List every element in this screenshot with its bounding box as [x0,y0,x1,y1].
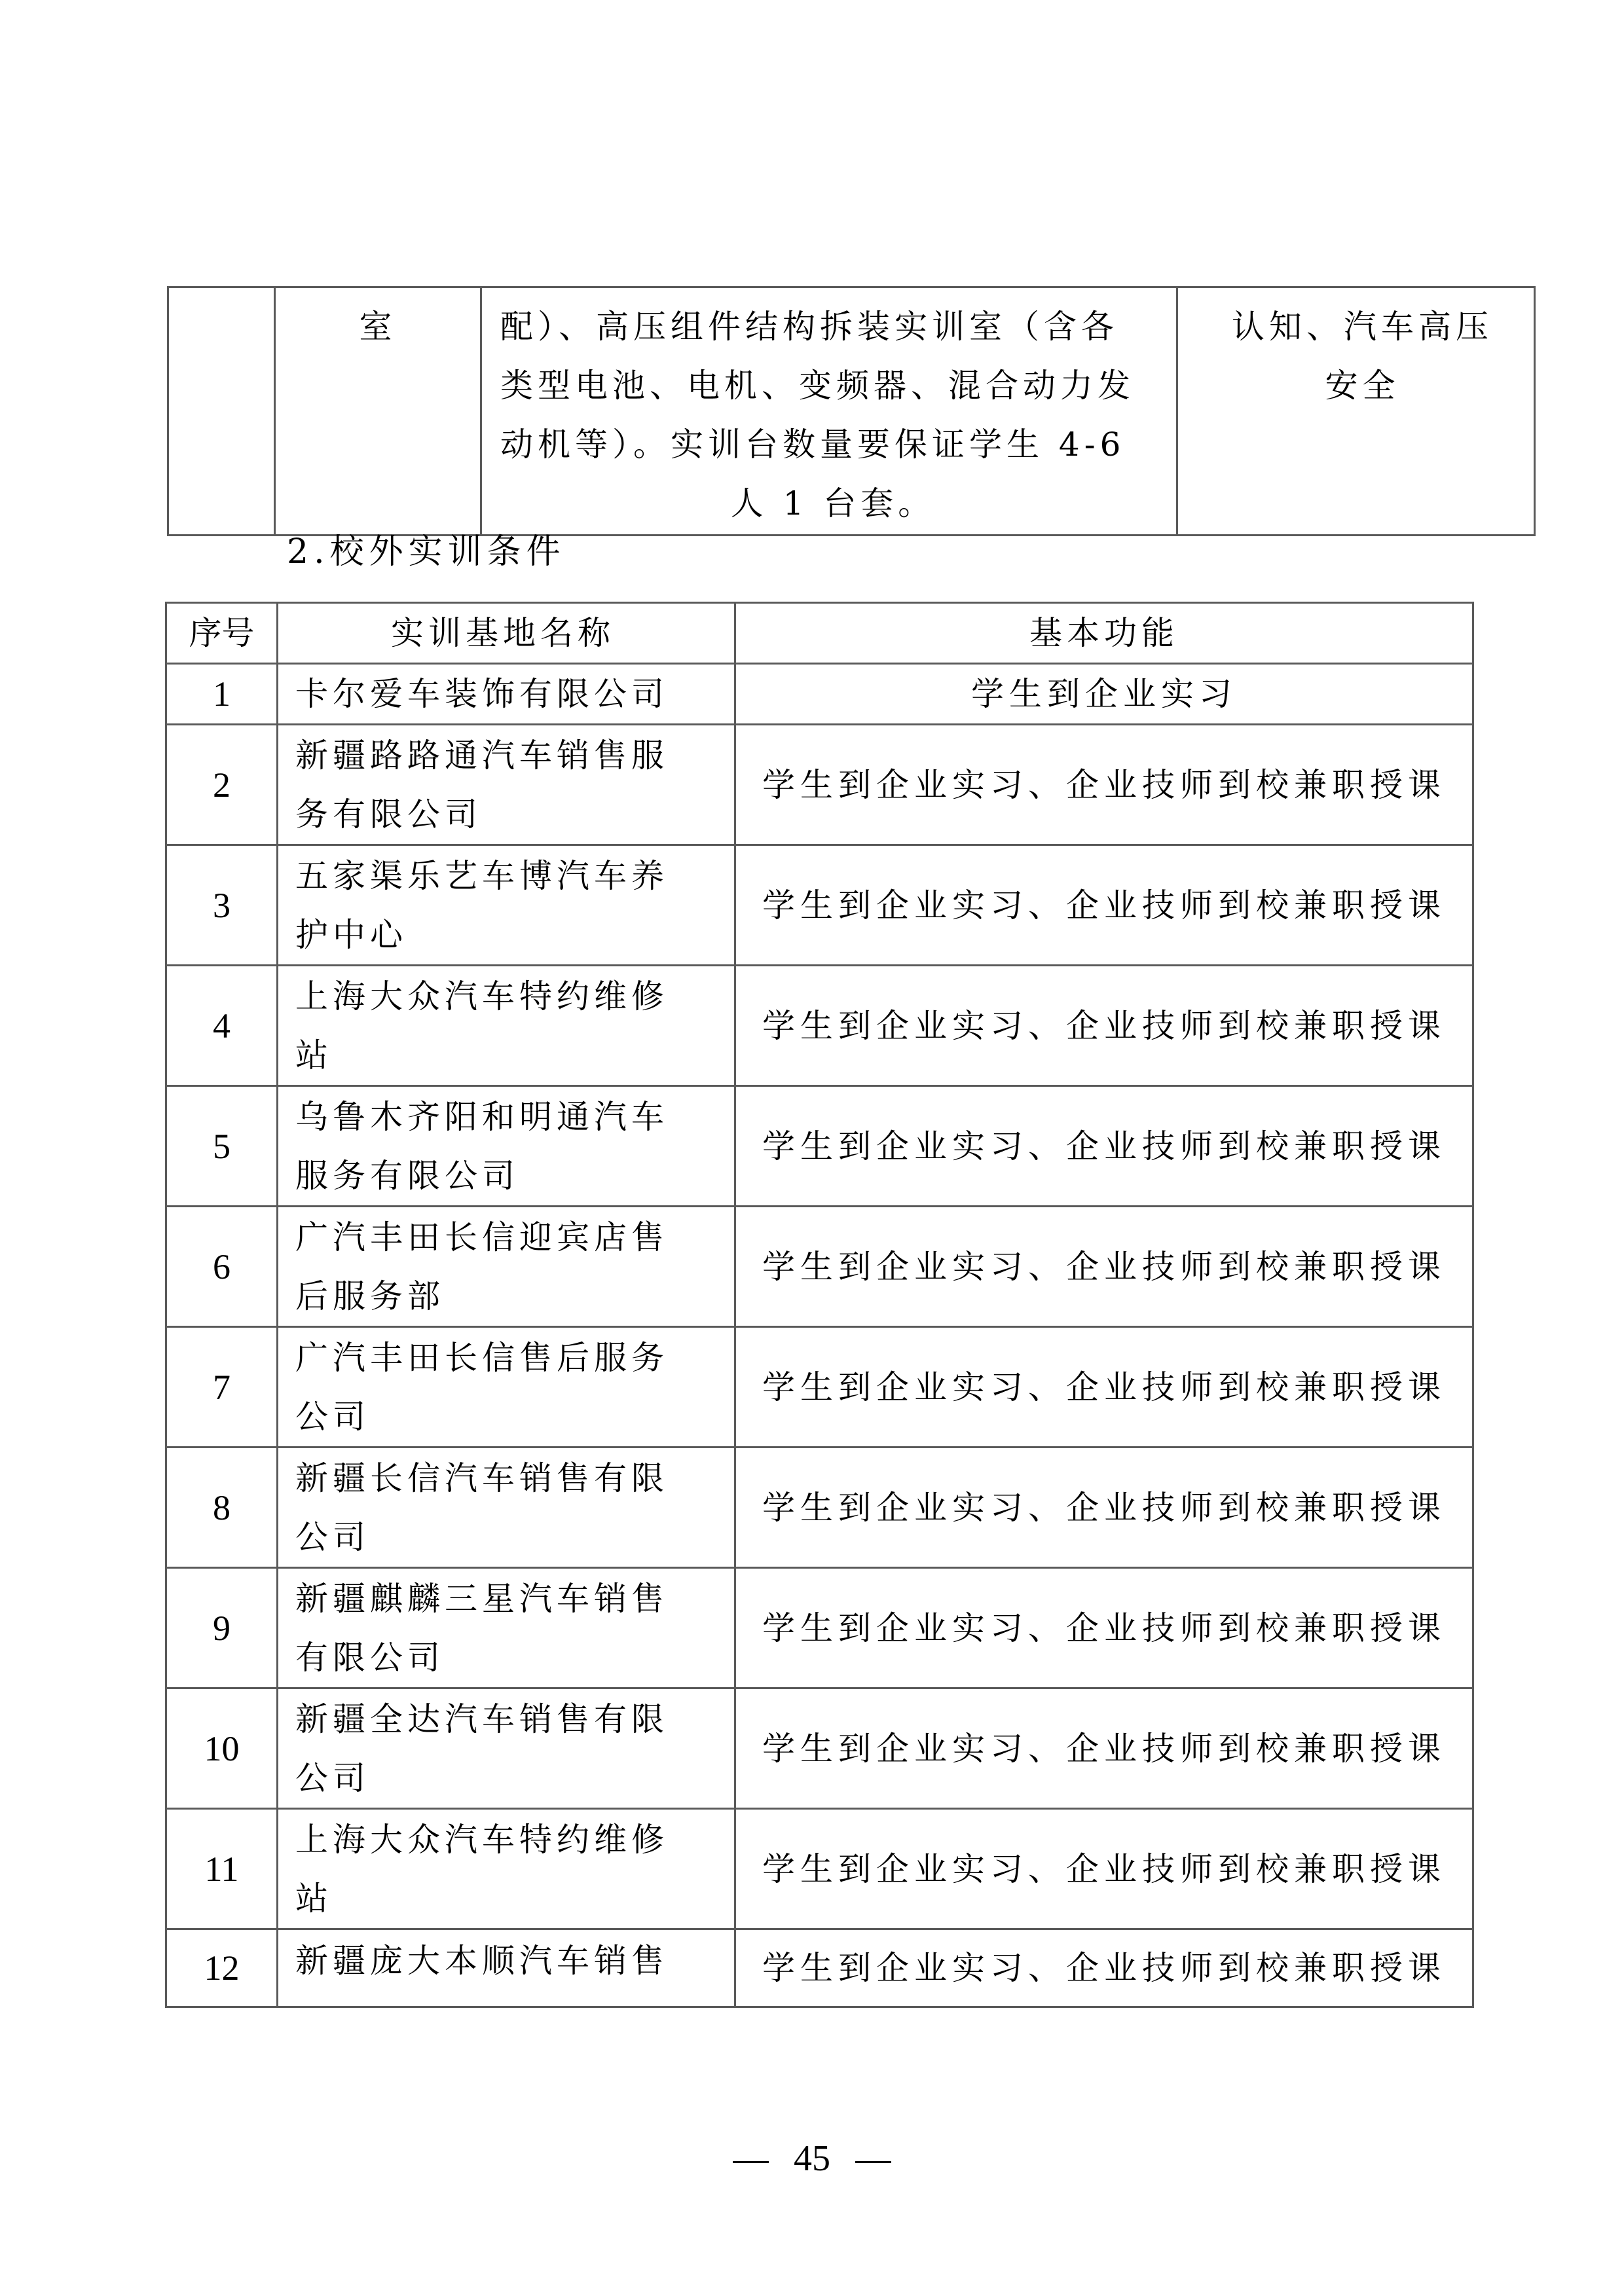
function-text: 学生到企业实习、企业技师到校兼职授课 [762,1007,1446,1045]
base-function: 学生到企业实习、企业技师到校兼职授课 [735,1809,1473,1929]
description-line: 动机等）。实训台数量要保证学生 4-6 [500,415,1166,474]
row-number: 9 [166,1568,278,1688]
base-name: 五家渠乐艺车博汽车养护中心 [278,845,735,966]
base-name-line: 站 [295,1026,728,1085]
base-name-line: 五家渠乐艺车博汽车养 [295,847,728,905]
row-number: 5 [166,1086,278,1207]
row-number: 8 [166,1448,278,1568]
function-text: 学生到企业实习、企业技师到校兼职授课 [762,1127,1446,1165]
function-text: 学生到企业实习、企业技师到校兼职授课 [762,1730,1446,1768]
table-row: 11 上海大众汽车特约维修站 学生到企业实习、企业技师到校兼职授课 [166,1809,1473,1929]
table-row: 9 新疆麒麟三星汽车销售有限公司 学生到企业实习、企业技师到校兼职授课 [166,1568,1473,1688]
base-name-line: 新疆麒麟三星汽车销售 [295,1569,728,1628]
base-name-line: 广汽丰田长信售后服务 [295,1328,728,1387]
base-name-line: 公司 [295,1508,728,1567]
base-name: 新疆全达汽车销售有限公司 [278,1688,735,1809]
row-number: 10 [166,1688,278,1809]
base-name: 新疆路路通汽车销售服务有限公司 [278,725,735,845]
base-function: 学生到企业实习、企业技师到校兼职授课 [735,1688,1473,1809]
table-row: 3 五家渠乐艺车博汽车养护中心 学生到企业实习、企业技师到校兼职授课 [166,845,1473,966]
base-name-line: 有限公司 [295,1628,728,1687]
table-row: 7 广汽丰田长信售后服务公司 学生到企业实习、企业技师到校兼职授课 [166,1327,1473,1448]
row-number: 1 [166,664,278,725]
in-school-training-table-continuation: 室 配）、高压组件结构拆装实训室（含各 类型电池、电机、变频器、混合动力发 动机… [167,286,1536,536]
base-function: 学生到企业实习、企业技师到校兼职授课 [735,1207,1473,1327]
dash-left [733,2161,769,2163]
header-base-name: 实训基地名称 [278,603,735,664]
off-campus-training-table: 序号 实训基地名称 基本功能 1 卡尔爱车装饰有限公司 学生到企业实习 2 新疆… [165,602,1474,2008]
base-name-line: 卡尔爱车装饰有限公司 [295,665,728,723]
base-name-line: 新疆长信汽车销售有限 [295,1449,728,1508]
base-name: 广汽丰田长信迎宾店售后服务部 [278,1207,735,1327]
base-name-line: 后服务部 [295,1267,728,1326]
table-row: 室 配）、高压组件结构拆装实训室（含各 类型电池、电机、变频器、混合动力发 动机… [168,287,1535,536]
row-number: 6 [166,1207,278,1327]
page-footer: 45 [0,2136,1624,2181]
base-name: 广汽丰田长信售后服务公司 [278,1327,735,1448]
base-name: 乌鲁木齐阳和明通汽车服务有限公司 [278,1086,735,1207]
description-cell: 配）、高压组件结构拆装实训室（含各 类型电池、电机、变频器、混合动力发 动机等）… [481,287,1177,536]
document-page: 室 配）、高压组件结构拆装实训室（含各 类型电池、电机、变频器、混合动力发 动机… [0,0,1624,2296]
base-function: 学生到企业实习 [735,664,1473,725]
function-text: 学生到企业实习、企业技师到校兼职授课 [762,766,1446,804]
section-heading: 2.校外实训条件 [287,529,566,575]
row-number: 12 [166,1929,278,2007]
row-number: 7 [166,1327,278,1448]
table-row: 8 新疆长信汽车销售有限公司 学生到企业实习、企业技师到校兼职授课 [166,1448,1473,1568]
header-function: 基本功能 [735,603,1473,664]
base-function: 学生到企业实习、企业技师到校兼职授课 [735,1327,1473,1448]
base-name: 上海大众汽车特约维修站 [278,966,735,1086]
description-line: 类型电池、电机、变频器、混合动力发 [500,356,1166,415]
base-name-line: 公司 [295,1387,728,1446]
base-name-line: 公司 [295,1749,728,1808]
description-line: 配）、高压组件结构拆装实训室（含各 [500,297,1166,356]
function-text: 学生到企业实习、企业技师到校兼职授课 [762,886,1446,924]
row-number: 3 [166,845,278,966]
base-name-line: 新疆全达汽车销售有限 [295,1690,728,1749]
base-name-line: 新疆路路通汽车销售服 [295,726,728,785]
header-index: 序号 [166,603,278,664]
description-line: 人 1 台套。 [500,474,1166,533]
base-function: 学生到企业实习、企业技师到校兼职授课 [735,845,1473,966]
base-name-line: 新疆庞大本顺汽车销售 [295,1931,728,1990]
base-name-line: 站 [295,1869,728,1928]
function-text: 学生到企业实习、企业技师到校兼职授课 [762,1248,1446,1286]
function-text: 学生到企业实习、企业技师到校兼职授课 [762,1949,1446,1987]
dash-right [855,2161,891,2163]
base-name-line: 上海大众汽车特约维修 [295,967,728,1026]
function-line: 安全 [1204,356,1521,415]
table-row: 2 新疆路路通汽车销售服务有限公司 学生到企业实习、企业技师到校兼职授课 [166,725,1473,845]
table-row: 10 新疆全达汽车销售有限公司 学生到企业实习、企业技师到校兼职授课 [166,1688,1473,1809]
base-name-line: 务有限公司 [295,785,728,844]
base-name-line: 服务有限公司 [295,1146,728,1205]
base-name: 新疆庞大本顺汽车销售 [278,1929,735,2007]
base-name: 新疆长信汽车销售有限公司 [278,1448,735,1568]
base-function: 学生到企业实习、企业技师到校兼职授课 [735,1568,1473,1688]
base-name-line: 护中心 [295,905,728,964]
base-name-line: 上海大众汽车特约维修 [295,1810,728,1869]
row-number: 11 [166,1809,278,1929]
table-row: 12 新疆庞大本顺汽车销售 学生到企业实习、企业技师到校兼职授课 [166,1929,1473,2007]
table-header-row: 序号 实训基地名称 基本功能 [166,603,1473,664]
function-text: 学生到企业实习、企业技师到校兼职授课 [762,1609,1446,1647]
function-text: 学生到企业实习、企业技师到校兼职授课 [762,1489,1446,1527]
base-name-line: 乌鲁木齐阳和明通汽车 [295,1087,728,1146]
base-name-line: 广汽丰田长信迎宾店售 [295,1208,728,1267]
function-text: 学生到企业实习 [971,675,1237,713]
row-number: 4 [166,966,278,1086]
base-name: 新疆麒麟三星汽车销售有限公司 [278,1568,735,1688]
base-function: 学生到企业实习、企业技师到校兼职授课 [735,1929,1473,2007]
table-row: 4 上海大众汽车特约维修站 学生到企业实习、企业技师到校兼职授课 [166,966,1473,1086]
table-row: 6 广汽丰田长信迎宾店售后服务部 学生到企业实习、企业技师到校兼职授课 [166,1207,1473,1327]
base-name: 卡尔爱车装饰有限公司 [278,664,735,725]
table-row: 5 乌鲁木齐阳和明通汽车服务有限公司 学生到企业实习、企业技师到校兼职授课 [166,1086,1473,1207]
function-text: 学生到企业实习、企业技师到校兼职授课 [762,1368,1446,1406]
base-function: 学生到企业实习、企业技师到校兼职授课 [735,966,1473,1086]
index-cell [168,287,275,536]
base-function: 学生到企业实习、企业技师到校兼职授课 [735,725,1473,845]
base-function: 学生到企业实习、企业技师到校兼职授课 [735,1086,1473,1207]
base-name: 上海大众汽车特约维修站 [278,1809,735,1929]
function-cell: 认知、汽车高压 安全 [1177,287,1535,536]
base-function: 学生到企业实习、企业技师到校兼职授课 [735,1448,1473,1568]
table-row: 1 卡尔爱车装饰有限公司 学生到企业实习 [166,664,1473,725]
page-number: 45 [794,2138,830,2179]
room-name-cell: 室 [275,287,481,536]
function-line: 认知、汽车高压 [1204,297,1521,356]
function-text: 学生到企业实习、企业技师到校兼职授课 [762,1850,1446,1888]
row-number: 2 [166,725,278,845]
